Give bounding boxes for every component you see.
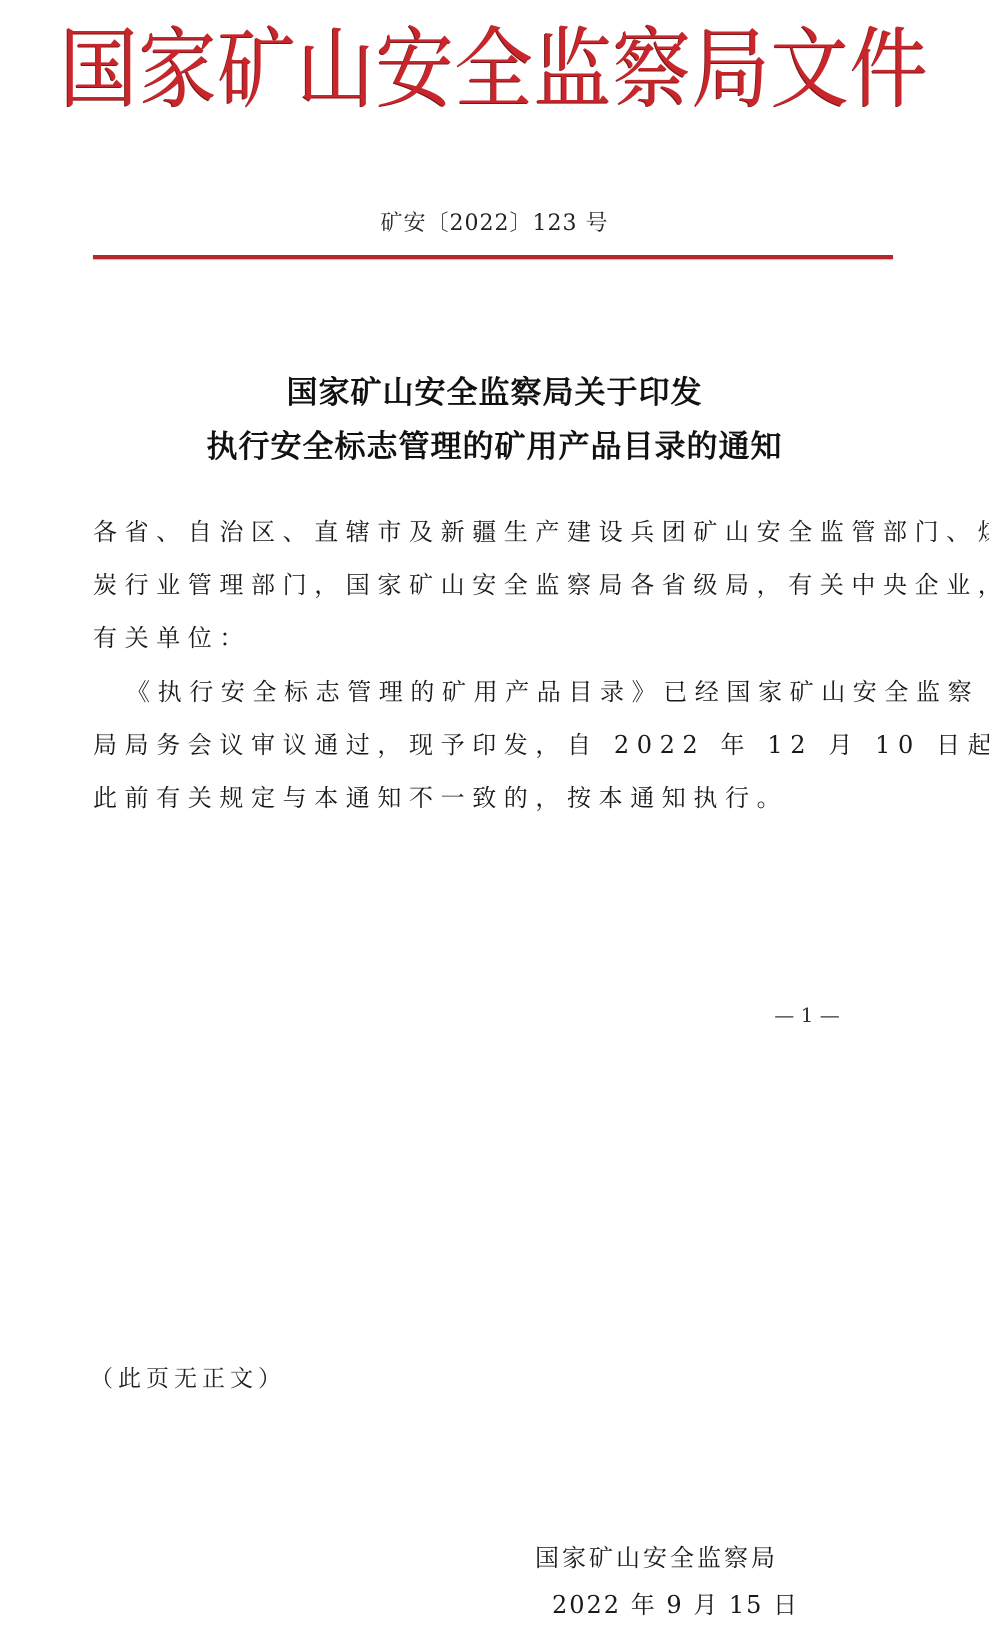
masthead-title: 国家矿山安全监察局文件 [0,14,989,126]
signature-date: 2022 年 9 月 15 日 [552,1587,799,1623]
signature-organization: 国家矿山安全监察局 [535,1540,778,1576]
body-paragraph-line-2: 局局务会议审议通过，现予印发，自 2022 年 12 月 10 日起施行。 [93,727,893,763]
addressee-line-3: 有关单位： [93,620,893,656]
document-number: 矿安〔2022〕123 号 [0,206,989,242]
red-divider-rule [93,255,893,259]
notice-title-line-1: 国家矿山安全监察局关于印发 [0,371,989,415]
addressee-line-2: 炭行业管理部门，国家矿山安全监察局各省级局，有关中央企业， [93,567,893,603]
body-paragraph-line-3: 此前有关规定与本通知不一致的，按本通知执行。 [93,780,893,816]
body-paragraph-line-1: 《执行安全标志管理的矿用产品目录》已经国家矿山安全监察 [93,674,926,710]
no-body-text-note: （此页无正文） [90,1362,286,1396]
notice-title-line-2: 执行安全标志管理的矿用产品目录的通知 [0,425,989,469]
addressee-line-1: 各省、自治区、直辖市及新疆生产建设兵团矿山安全监管部门、煤 [93,514,893,550]
page-number: — 1 — [752,1000,862,1030]
